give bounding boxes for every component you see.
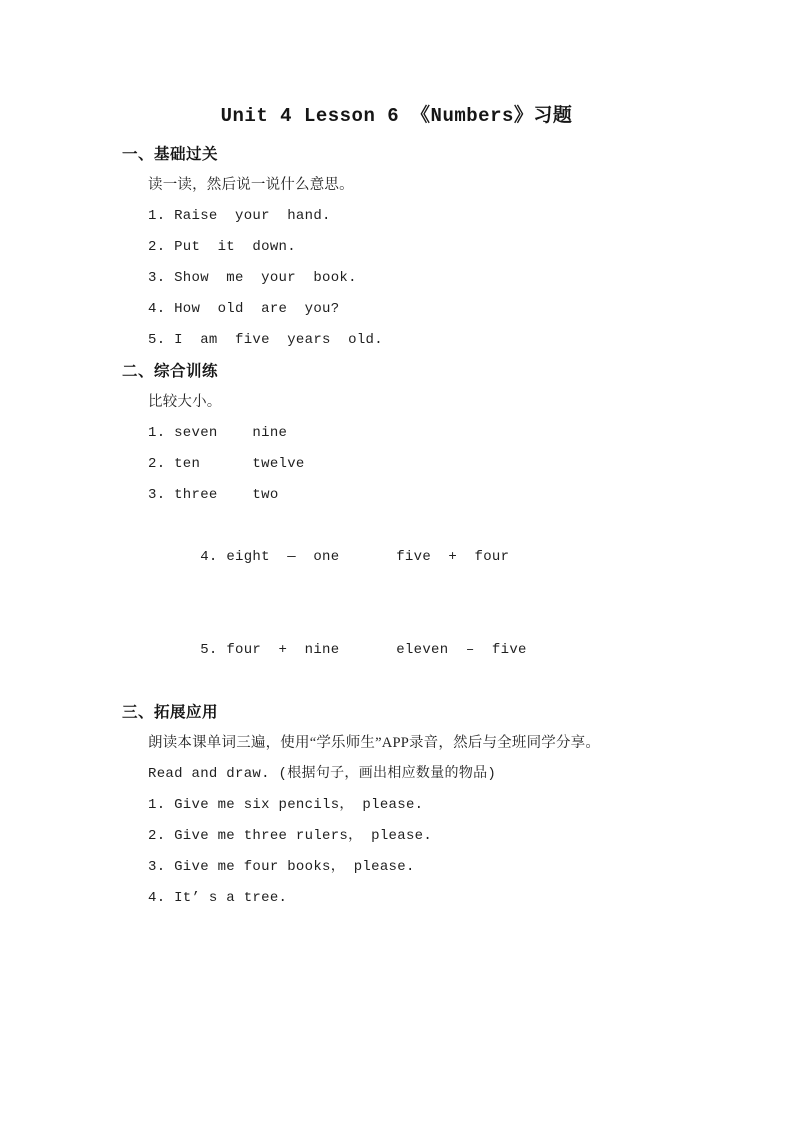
section-1-item-3: 3. Show me your book. bbox=[148, 263, 793, 294]
comparison-right-expression: five + four bbox=[396, 549, 509, 565]
section-3-item-2: 2. Give me three rulers， please. bbox=[148, 821, 793, 852]
section-1-item-4: 4. How old are you? bbox=[148, 294, 793, 325]
worksheet-title: Unit 4 Lesson 6 《Numbers》习题 bbox=[0, 0, 793, 130]
comparison-right-expression: eleven – five bbox=[396, 642, 527, 658]
section-2-item-2: 2. ten twelve bbox=[148, 449, 793, 480]
section-2-item-1: 1. seven nine bbox=[148, 418, 793, 449]
section-3-item-3: 3. Give me four books， please. bbox=[148, 852, 793, 883]
section-2-item-5: 5. four + nineeleven – five bbox=[148, 604, 793, 697]
worksheet-page: Unit 4 Lesson 6 《Numbers》习题 一、基础过关 读一读，然… bbox=[0, 0, 793, 1122]
section-3-item-1: 1. Give me six pencils， please. bbox=[148, 790, 793, 821]
section-1-heading: 一、基础过关 bbox=[122, 139, 793, 170]
comparison-left-expression: 5. four + nine bbox=[200, 635, 396, 666]
section-2-heading: 二、综合训练 bbox=[122, 356, 793, 387]
section-2-item-4: 4. eight — onefive + four bbox=[148, 511, 793, 604]
section-1-item-1: 1. Raise your hand. bbox=[148, 201, 793, 232]
section-2-item-3: 3. three two bbox=[148, 480, 793, 511]
section-1-item-5: 5. I am five years old. bbox=[148, 325, 793, 356]
section-1-intro: 读一读，然后说一说什么意思。 bbox=[148, 170, 793, 201]
section-3-heading: 三、拓展应用 bbox=[122, 697, 793, 728]
section-3-intro-2: Read and draw. (根据句子，画出相应数量的物品) bbox=[148, 759, 793, 790]
comparison-left-expression: 4. eight — one bbox=[200, 542, 396, 573]
section-2-intro: 比较大小。 bbox=[148, 387, 793, 418]
section-3-intro: 朗读本课单词三遍，使用“学乐师生”APP录音，然后与全班同学分享。 bbox=[148, 728, 793, 759]
section-1-item-2: 2. Put it down. bbox=[148, 232, 793, 263]
worksheet-body: 一、基础过关 读一读，然后说一说什么意思。 1. Raise your hand… bbox=[0, 139, 793, 914]
section-3-item-4: 4. It’ s a tree. bbox=[148, 883, 793, 914]
